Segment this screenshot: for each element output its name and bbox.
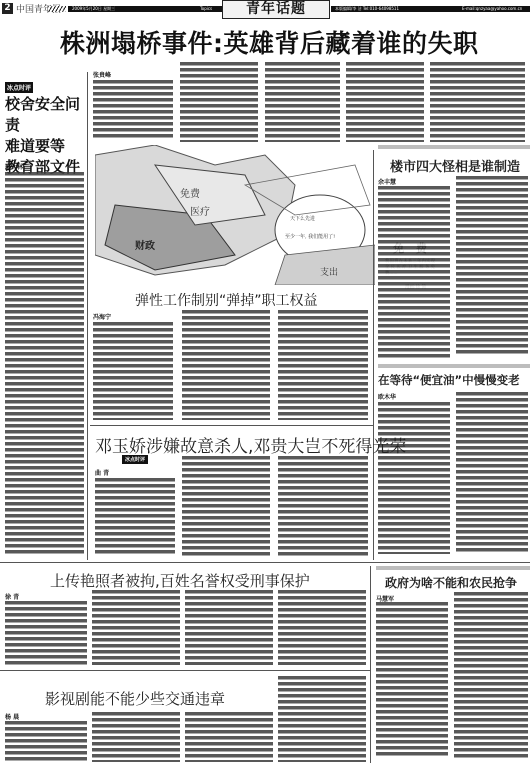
film-body-col1	[5, 721, 87, 761]
deng-body-col1	[95, 478, 175, 556]
flex-work-headline: 弹性工作制别“弹掉”职工权益	[135, 290, 318, 310]
photo-body-col1	[5, 601, 87, 665]
lead-body-col3	[265, 62, 340, 142]
deng-tag: 冰点时评	[122, 455, 148, 464]
oil-body-col2	[456, 392, 528, 554]
gov-headline: 政府为啥不能和农民抢争	[385, 574, 517, 591]
date-bar: 2009年5月20日 星期三	[68, 6, 222, 12]
deng-top-rule	[90, 425, 373, 426]
cartoon-label-finance: 财政	[135, 237, 155, 252]
date-line: 2009年5月20日 星期三	[68, 6, 222, 12]
deng-body-col2	[182, 456, 270, 556]
page-number: 2	[2, 3, 13, 14]
editorial-cartoon: 免费 医疗 财政 支出 天下么先进 至少一年, 我们能用了!	[95, 145, 375, 285]
right-column-divider	[373, 150, 374, 560]
photo-body-col4	[278, 590, 366, 665]
main-headline: 株洲塌桥事件:英雄背后藏着谁的失职	[60, 24, 530, 60]
sidebar-divider	[87, 72, 88, 560]
cartoon-illustration-icon	[95, 145, 375, 285]
flex-work-body-col1	[93, 322, 173, 420]
property-top-rule	[378, 145, 530, 149]
film-author: 杨 晨	[5, 712, 19, 721]
flex-work-author: 冯海宁	[93, 312, 111, 321]
oil-top-rule	[378, 364, 530, 368]
page-header-bar: 2 中国青年报 2009年5月20日 星期三 Topics 青年话题 本版编辑/…	[0, 0, 530, 18]
oil-author: 欧木华	[378, 392, 396, 401]
bottom-section-rule	[0, 562, 530, 563]
deng-body-col3	[278, 456, 368, 556]
gov-body-col1	[376, 602, 448, 758]
deng-headline: 邓玉娇涉嫌故意杀人,邓贵大岂不死得光荣	[95, 432, 406, 457]
lead-body-col5	[430, 62, 525, 142]
editor-email: E-mail:qnzyaa@yahoo.com.cn	[462, 6, 522, 12]
lead-body-col2	[180, 62, 258, 142]
gov-body-col2	[454, 592, 528, 758]
photo-body-col3	[185, 590, 273, 665]
sidebar-author: 盛大林	[5, 162, 23, 171]
bottom-right-divider	[370, 566, 371, 763]
section-title: 青年话题	[222, 0, 330, 19]
photo-body-col2	[92, 590, 180, 665]
photo-author: 徐 青	[5, 592, 19, 601]
sidebar-headline-line: 难道要等	[5, 136, 85, 157]
cartoon-bubble-line: 至少一年, 我们能用了!	[285, 233, 335, 240]
lead-author: 张贵峰	[93, 70, 111, 79]
cartoon-bubble-line: 天下么先进	[290, 215, 315, 222]
flex-work-body-col3	[278, 310, 368, 420]
property-author: 余丰慧	[378, 177, 396, 186]
photo-headline: 上传艳照者被拘,百姓名誉权受刑事保护	[50, 570, 310, 591]
cartoon-label-free: 免费	[180, 185, 200, 200]
film-body-col4	[278, 676, 366, 762]
oil-headline: 在等待“便宜油”中慢慢变老	[378, 372, 520, 388]
film-body-col3	[185, 712, 273, 762]
cartoon-label-medical: 医疗	[190, 203, 210, 218]
topics-label: Topics	[200, 6, 212, 12]
property-body-col1	[378, 186, 450, 360]
film-body-col2	[92, 712, 180, 762]
cartoon-label-expense: 支出	[320, 265, 338, 278]
property-headline: 楼市四大怪相是谁制造	[390, 156, 520, 175]
sidebar-tag: 冰点时评	[5, 82, 33, 93]
gov-top-rule	[376, 566, 530, 570]
lead-body-col1	[93, 80, 173, 140]
lead-body-col4	[346, 62, 424, 142]
deng-author: 曲 青	[95, 468, 109, 477]
sidebar-body-text	[5, 172, 84, 556]
film-headline: 影视剧能不能少些交通违章	[45, 688, 225, 709]
sidebar-headline-line: 校舍安全问责	[5, 94, 85, 136]
film-top-rule	[0, 670, 370, 671]
property-body-col2	[456, 176, 528, 356]
hatch-decoration	[48, 6, 66, 12]
flex-work-body-col2	[182, 310, 270, 420]
oil-body-col1	[378, 402, 450, 554]
